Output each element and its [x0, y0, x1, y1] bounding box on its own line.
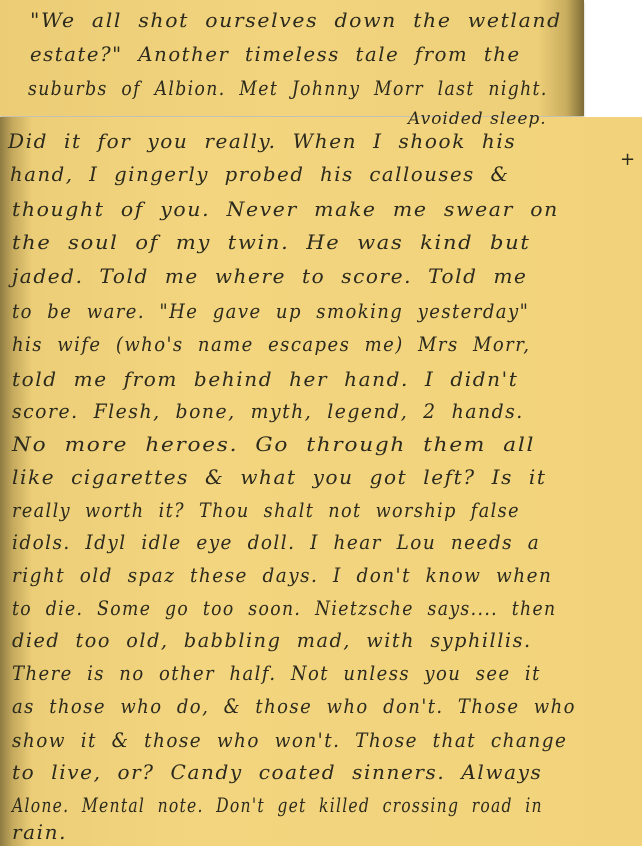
- handwritten-line: show it & those who won't. Those that ch…: [12, 728, 567, 752]
- handwritten-line: estate?" Another timeless tale from the: [30, 42, 521, 66]
- handwritten-line: to be ware. "He gave up smoking yesterda…: [12, 299, 529, 323]
- handwritten-line: like cigarettes & what you got left? Is …: [12, 465, 547, 489]
- handwritten-line: idols. Idyl idle eye doll. I hear Lou ne…: [12, 530, 540, 554]
- handwritten-line: jaded. Told me where to score. Told me: [12, 264, 527, 288]
- margin-mark: +: [620, 149, 635, 170]
- handwritten-line: thought of you. Never make me swear on: [12, 197, 559, 221]
- handwritten-line: died too old, babbling mad, with syphill…: [12, 628, 532, 652]
- handwritten-line: as those who do, & those who don't. Thos…: [12, 694, 576, 718]
- handwritten-line: There is no other half. Not unless you s…: [12, 661, 541, 685]
- handwritten-line: rain.: [12, 820, 67, 844]
- handwritten-line: Did it for you really. When I shook his: [8, 129, 516, 153]
- handwritten-line: suburbs of Albion. Met Johnny Morr last …: [28, 76, 548, 100]
- notebook-page-bottom: Avoided sleep. + Did it for you really. …: [0, 117, 642, 846]
- insertion-note: Avoided sleep.: [408, 109, 547, 129]
- handwritten-line: really worth it? Thou shalt not worship …: [12, 498, 520, 522]
- notebook-page-top: "We all shot ourselves down the wetland …: [0, 0, 584, 116]
- handwritten-line: No more heroes. Go through them all: [12, 432, 535, 456]
- handwritten-line: "We all shot ourselves down the wetland: [30, 8, 562, 32]
- handwritten-line: score. Flesh, bone, myth, legend, 2 hand…: [12, 399, 524, 423]
- handwritten-line: hand, I gingerly probed his callouses &: [10, 162, 509, 186]
- handwritten-line: told me from behind her hand. I didn't: [12, 367, 518, 391]
- handwritten-line: to die. Some go too soon. Nietzsche says…: [12, 596, 556, 620]
- handwritten-line: to live, or? Candy coated sinners. Alway…: [12, 760, 542, 784]
- handwritten-line: the soul of my twin. He was kind but: [12, 230, 531, 254]
- handwritten-line: right old spaz these days. I don't know …: [12, 563, 552, 587]
- handwritten-line: his wife (who's name escapes me) Mrs Mor…: [12, 332, 530, 356]
- handwritten-line: Alone. Mental note. Don't get killed cro…: [12, 793, 543, 817]
